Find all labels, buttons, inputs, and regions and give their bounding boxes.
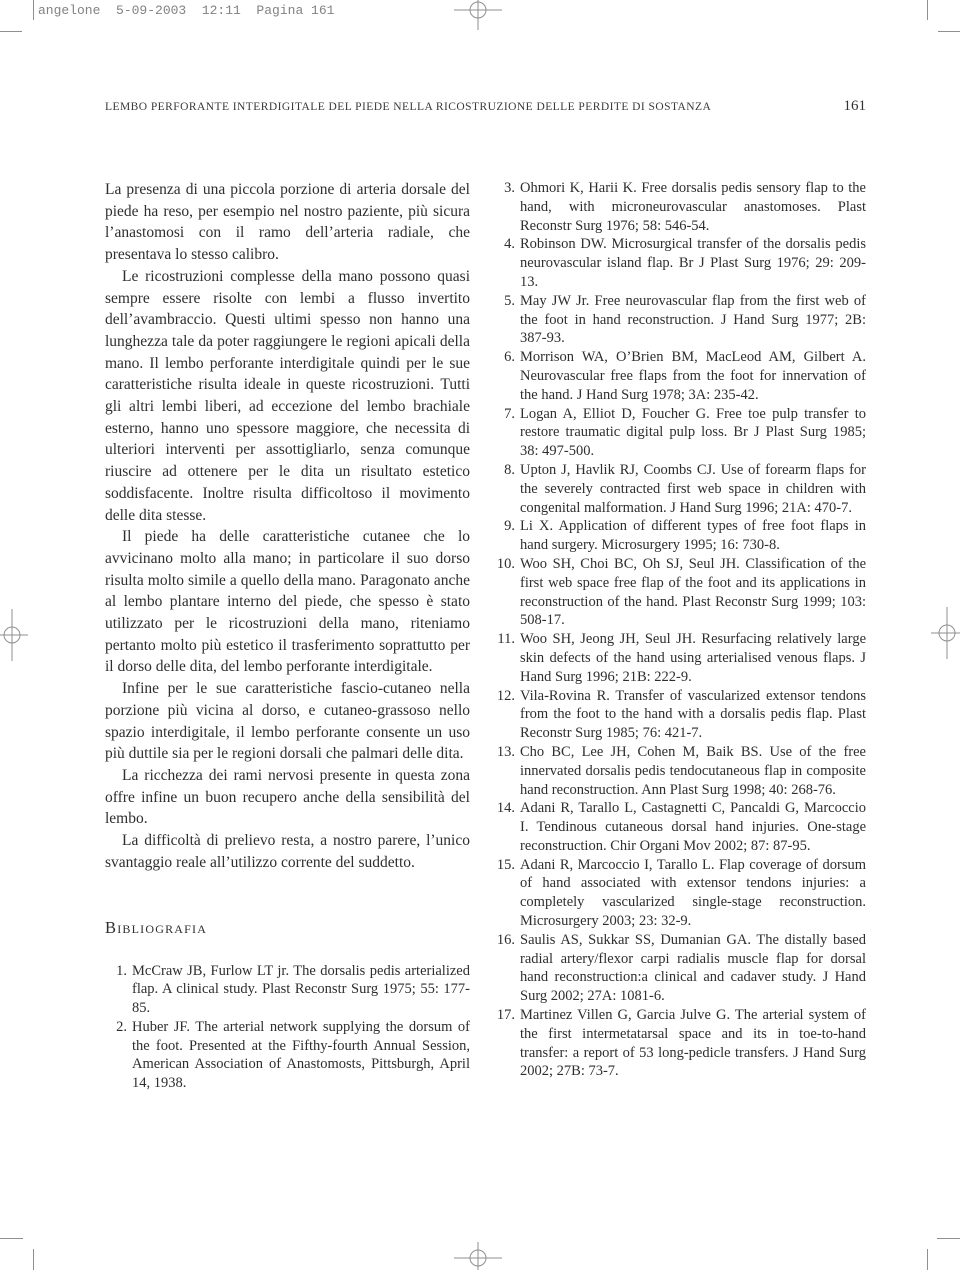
reference-text: Adani R, Tarallo L, Castagnetti C, Panca… (520, 799, 866, 855)
reference-item: 7. Logan A, Elliot D, Foucher G. Free to… (493, 405, 866, 461)
reference-text: May JW Jr. Free neurovascular flap from … (520, 292, 866, 348)
reference-number: 9. (493, 517, 520, 555)
reference-text: Robinson DW. Microsurgical transfer of t… (520, 235, 866, 291)
reference-number: 7. (493, 405, 520, 461)
reference-item: 1. McCraw JB, Furlow LT jr. The dorsalis… (105, 962, 470, 1018)
reference-number: 5. (493, 292, 520, 348)
crop-mark-top-right-vertical (927, 0, 928, 20)
reference-item: 4. Robinson DW. Microsurgical transfer o… (493, 235, 866, 291)
reference-item: 2. Huber JF. The arterial network supply… (105, 1018, 470, 1093)
crop-mark-top-left-vertical (33, 0, 34, 20)
reference-text: Upton J, Havlik RJ, Coombs CJ. Use of fo… (520, 461, 866, 517)
reference-number: 6. (493, 348, 520, 404)
body-paragraph: La presenza di una piccola porzione di a… (105, 179, 470, 266)
reference-number: 3. (493, 179, 520, 235)
reference-item: 11. Woo SH, Jeong JH, Seul JH. Resurfaci… (493, 630, 866, 686)
reference-number: 1. (105, 962, 132, 1018)
reference-text: Woo SH, Choi BC, Oh SJ, Seul JH. Classif… (520, 555, 866, 630)
body-paragraph: Il piede ha delle caratteristiche cutane… (105, 526, 470, 678)
reference-item: 13. Cho BC, Lee JH, Cohen M, Baik BS. Us… (493, 743, 866, 799)
reference-item: 5. May JW Jr. Free neurovascular flap fr… (493, 292, 866, 348)
left-column: La presenza di una piccola porzione di a… (105, 179, 470, 1093)
registration-mark-icon (454, 1242, 502, 1270)
reference-number: 10. (493, 555, 520, 630)
right-column: 3. Ohmori K, Harii K. Free dorsalis pedi… (493, 179, 866, 1093)
bibliography-heading: Bibliografia (105, 918, 470, 938)
reference-number: 14. (493, 799, 520, 855)
crop-mark-top-right-horizontal (938, 31, 960, 32)
body-paragraph: La difficoltà di prelievo resta, a nostr… (105, 830, 470, 873)
reference-text: Huber JF. The arterial network supplying… (132, 1018, 470, 1093)
text-columns: La presenza di una piccola porzione di a… (105, 179, 866, 1093)
crop-mark-bottom-right-vertical (927, 1249, 928, 1270)
reference-text: Cho BC, Lee JH, Cohen M, Baik BS. Use of… (520, 743, 866, 799)
reference-item: 12. Vila-Rovina R. Transfer of vasculari… (493, 687, 866, 743)
reference-text: Morrison WA, O’Brien BM, MacLeod AM, Gil… (520, 348, 866, 404)
registration-mark-icon (454, 0, 502, 32)
registration-mark-icon (0, 609, 28, 661)
reference-item: 8. Upton J, Havlik RJ, Coombs CJ. Use of… (493, 461, 866, 517)
reference-item: 15. Adani R, Marcoccio I, Tarallo L. Fla… (493, 856, 866, 931)
reference-number: 8. (493, 461, 520, 517)
reference-text: Martinez Villen G, Garcia Julve G. The a… (520, 1006, 866, 1081)
reference-text: Adani R, Marcoccio I, Tarallo L. Flap co… (520, 856, 866, 931)
reference-item: 17. Martinez Villen G, Garcia Julve G. T… (493, 1006, 866, 1081)
reference-item: 6. Morrison WA, O’Brien BM, MacLeod AM, … (493, 348, 866, 404)
reference-text: Saulis AS, Sukkar SS, Dumanian GA. The d… (520, 931, 866, 1006)
running-head: LEMBO PERFORANTE INTERDIGITALE DEL PIEDE… (105, 98, 866, 115)
crop-mark-bottom-right-horizontal (937, 1238, 960, 1239)
body-paragraph: La ricchezza dei rami nervosi presente i… (105, 765, 470, 830)
reference-text: Ohmori K, Harii K. Free dorsalis pedis s… (520, 179, 866, 235)
reference-text: Logan A, Elliot D, Foucher G. Free toe p… (520, 405, 866, 461)
reference-item: 16. Saulis AS, Sukkar SS, Dumanian GA. T… (493, 931, 866, 1006)
reference-number: 17. (493, 1006, 520, 1081)
reference-text: Woo SH, Jeong JH, Seul JH. Resurfacing r… (520, 630, 866, 686)
reference-text: McCraw JB, Furlow LT jr. The dorsalis pe… (132, 962, 470, 1018)
crop-mark-top-left-horizontal (0, 31, 22, 32)
reference-number: 16. (493, 931, 520, 1006)
reference-number: 12. (493, 687, 520, 743)
slug-line: angelone 5-09-2003 12:11 Pagina 161 (38, 3, 334, 18)
body-paragraph: Infine per le sue caratteristiche fascio… (105, 678, 470, 765)
reference-text: Vila-Rovina R. Transfer of vascularized … (520, 687, 866, 743)
body-paragraph: Le ricostruzioni complesse della mano po… (105, 266, 470, 526)
reference-number: 11. (493, 630, 520, 686)
running-head-title: LEMBO PERFORANTE INTERDIGITALE DEL PIEDE… (105, 101, 711, 113)
crop-mark-bottom-left-vertical (33, 1249, 34, 1270)
reference-item: 3. Ohmori K, Harii K. Free dorsalis pedi… (493, 179, 866, 235)
reference-item: 9. Li X. Application of different types … (493, 517, 866, 555)
reference-number: 15. (493, 856, 520, 931)
reference-item: 14. Adani R, Tarallo L, Castagnetti C, P… (493, 799, 866, 855)
scanned-paper-page: angelone 5-09-2003 12:11 Pagina 161 LEMB… (0, 0, 960, 1270)
page-number: 161 (844, 98, 867, 115)
reference-number: 13. (493, 743, 520, 799)
registration-mark-icon (931, 607, 960, 659)
reference-number: 2. (105, 1018, 132, 1093)
reference-item: 10. Woo SH, Choi BC, Oh SJ, Seul JH. Cla… (493, 555, 866, 630)
reference-number: 4. (493, 235, 520, 291)
crop-mark-bottom-left-horizontal (0, 1238, 23, 1239)
reference-text: Li X. Application of different types of … (520, 517, 866, 555)
